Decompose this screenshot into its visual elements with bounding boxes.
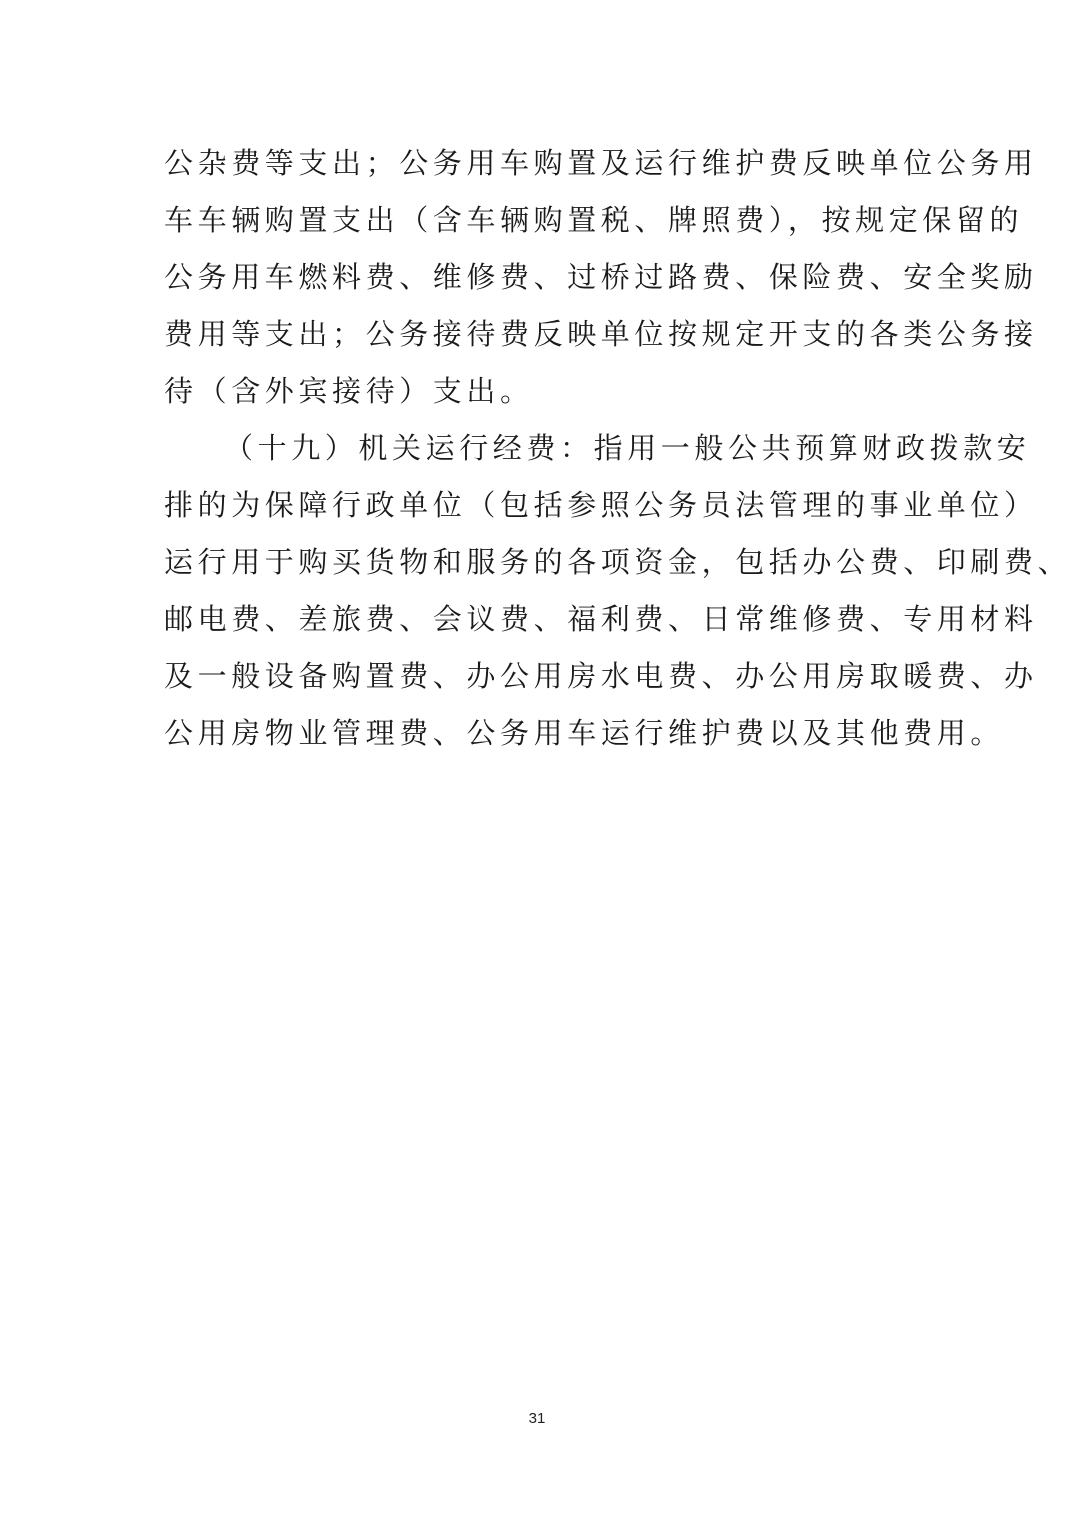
paragraph-continuation: 公杂费等支出；公务用车购置及运行维护费反映单位公务用 车车辆购置支出（含车辆购置… <box>164 135 914 420</box>
text-line: 待（含外宾接待）支出。 <box>164 363 914 420</box>
paragraph-item-19: （十九）机关运行经费：指用一般公共预算财政拨款安 排的为保障行政单位（包括参照公… <box>164 420 914 762</box>
body-text: 公杂费等支出；公务用车购置及运行维护费反映单位公务用 车车辆购置支出（含车辆购置… <box>164 135 914 762</box>
text-line: 费用等支出；公务接待费反映单位按规定开支的各类公务接 <box>164 306 914 363</box>
document-page: 公杂费等支出；公务用车购置及运行维护费反映单位公务用 车车辆购置支出（含车辆购置… <box>0 0 1074 1520</box>
text-line-indented: （十九）机关运行经费：指用一般公共预算财政拨款安 <box>164 420 914 477</box>
text-line: 排的为保障行政单位（包括参照公务员法管理的事业单位） <box>164 477 914 534</box>
text-line: 公用房物业管理费、公务用车运行维护费以及其他费用。 <box>164 705 914 762</box>
page-number: 31 <box>0 1410 1074 1427</box>
text-line: 及一般设备购置费、办公用房水电费、办公用房取暖费、办 <box>164 648 914 705</box>
text-line: 运行用于购买货物和服务的各项资金，包括办公费、印刷费、 <box>164 534 914 591</box>
text-line: 公务用车燃料费、维修费、过桥过路费、保险费、安全奖励 <box>164 249 914 306</box>
text-line: 邮电费、差旅费、会议费、福利费、日常维修费、专用材料 <box>164 591 914 648</box>
text-line: 公杂费等支出；公务用车购置及运行维护费反映单位公务用 <box>164 135 914 192</box>
text-line: 车车辆购置支出（含车辆购置税、牌照费），按规定保留的 <box>164 192 914 249</box>
